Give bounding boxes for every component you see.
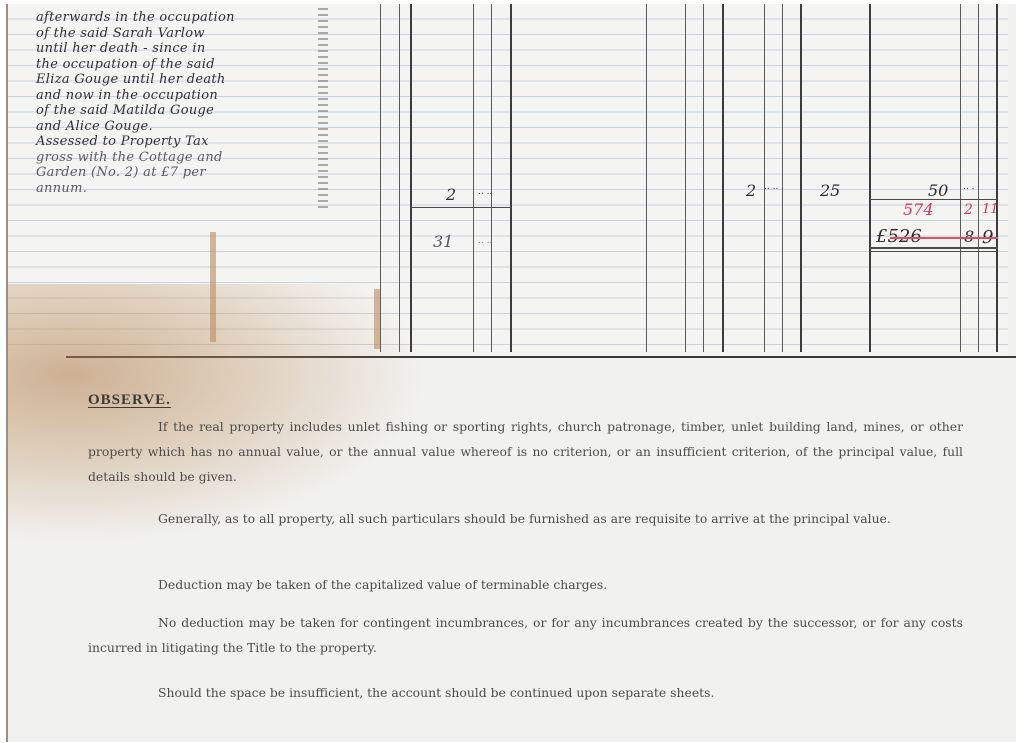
column-rule [764, 4, 765, 352]
observe-paragraph-4: No deduction may be taken for contingent… [88, 610, 963, 660]
corrected-total-pounds: 574 [903, 200, 934, 219]
rate-value: 25 [820, 181, 840, 200]
section-divider [66, 356, 1016, 358]
handwritten-description: afterwards in the occupation of the said… [36, 10, 321, 196]
years-marks: .. .. [764, 182, 778, 192]
column-rule [703, 4, 704, 352]
handwritten-line: Garden (No. 2) at £7 per [36, 165, 321, 181]
col-a-marks-2: .. .. [478, 236, 492, 246]
handwritten-line: Assessed to Property Tax [36, 134, 321, 150]
column-rule [510, 4, 512, 352]
column-rule [869, 4, 871, 352]
column-rule [685, 4, 686, 352]
handwritten-line: Eliza Gouge until her death [36, 72, 321, 88]
column-rule [646, 4, 647, 352]
observe-paragraph-1: If the real property includes unlet fish… [88, 414, 963, 489]
observe-paragraph-5: Should the space be insufficient, the ac… [88, 680, 963, 705]
double-rule [869, 251, 998, 252]
column-rule [978, 4, 979, 352]
column-rule [399, 4, 400, 352]
handwritten-line: annum. [36, 181, 321, 197]
handwritten-line: and Alice Gouge. [36, 119, 321, 135]
years-value: 2 [746, 181, 756, 200]
subtotal-rule [410, 207, 512, 208]
col-a-value-2: 31 [433, 232, 453, 251]
double-rule [869, 247, 998, 249]
observe-paragraph-3: Deduction may be taken of the capitalize… [88, 572, 963, 597]
stain-drip [374, 289, 380, 349]
handwritten-line: of the said Sarah Varlow [36, 26, 321, 42]
column-rule [782, 4, 783, 352]
handwritten-line: and now in the occupation [36, 88, 321, 104]
column-rule [722, 4, 724, 352]
document-sheet: afterwards in the occupation of the said… [8, 4, 1016, 742]
observe-paragraph-2: Generally, as to all property, all such … [88, 506, 963, 531]
column-rule [960, 4, 961, 352]
column-rule [491, 4, 492, 352]
column-rule [473, 4, 474, 352]
col-a-marks-1: .. .. [478, 187, 492, 197]
stain-drip [210, 232, 216, 342]
handwritten-line: until her death - since in [36, 41, 321, 57]
ledger-grid: afterwards in the occupation of the said… [8, 4, 1008, 359]
amount-marks: .. . [963, 182, 974, 192]
handwritten-line: gross with the Cottage and [36, 150, 321, 166]
handwritten-line: of the said Matilda Gouge [36, 103, 321, 119]
column-rule [380, 4, 381, 352]
amount-value: 50 [928, 181, 948, 200]
observe-heading: OBSERVE. [88, 392, 171, 409]
handwritten-line: the occupation of the said [36, 57, 321, 73]
column-rule [996, 4, 998, 352]
col-a-value-1: 2 [446, 185, 456, 204]
column-rule [800, 4, 802, 352]
column-rule [410, 4, 412, 352]
corrected-total-pence: 11 [982, 202, 999, 217]
red-strikethrough [890, 237, 998, 239]
handwritten-line: afterwards in the occupation [36, 10, 321, 26]
corrected-total-shillings: 2 [964, 202, 973, 218]
